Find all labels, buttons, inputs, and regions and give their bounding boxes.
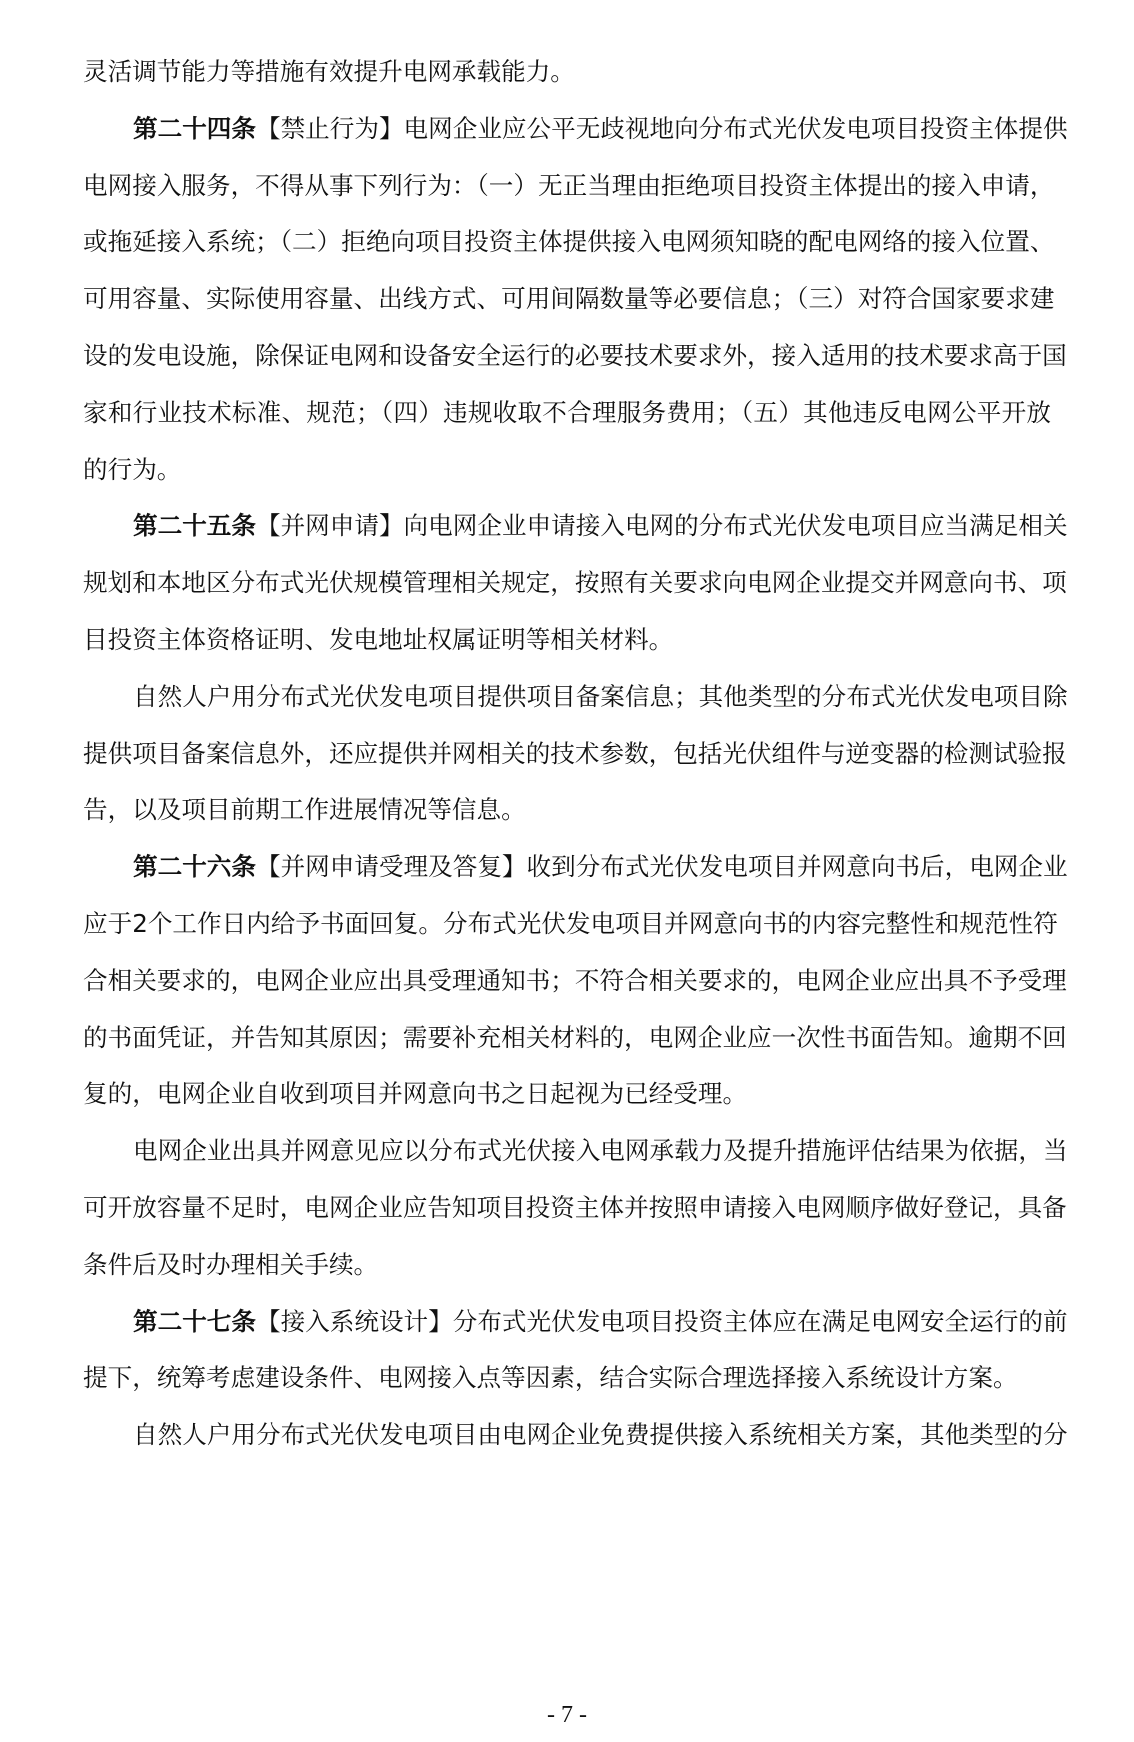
article-heading-line: 第二十六条【并网申请受理及答复】收到分布式光伏发电项目并网意向书后，电网企业: [83, 847, 1051, 904]
paragraph-start-line: 电网企业出具并网意见应以分布式光伏接入电网承载力及提升措施评估结果为依据，当: [83, 1131, 1051, 1188]
text-line: 设的发电设施，除保证电网和设备安全运行的必要技术要求外，接入适用的技术要求高于国: [83, 336, 1051, 393]
line-text: 电网接入服务，不得从事下列行为：（一）无正当理由拒绝项目投资主体提出的接入申请，: [83, 171, 1054, 200]
line-text: 【禁止行为】电网企业应公平无歧视地向分布式光伏发电项目投资主体提供: [256, 114, 1068, 143]
text-line: 规划和本地区分布式光伏规模管理相关规定，按照有关要求向电网企业提交并网意向书、项: [83, 563, 1051, 620]
text-line: 告，以及项目前期工作进展情况等信息。: [83, 790, 1051, 847]
text-line: 应于2个工作日内给予书面回复。分布式光伏发电项目并网意向书的内容完整性和规范性符: [83, 904, 1051, 961]
line-text: 电网企业出具并网意见应以分布式光伏接入电网承载力及提升措施评估结果为依据，当: [133, 1136, 1068, 1165]
line-text: 复的，电网企业自收到项目并网意向书之日起视为已经受理。: [83, 1079, 747, 1108]
line-text: 规划和本地区分布式光伏规模管理相关规定，按照有关要求向电网企业提交并网意向书、项: [83, 568, 1067, 597]
text-line: 家和行业技术标准、规范；（四）违规收取不合理服务费用；（五）其他违反电网公平开放: [83, 393, 1051, 450]
line-text: 提供项目备案信息外，还应提供并网相关的技术参数，包括光伏组件与逆变器的检测试验报: [83, 739, 1067, 768]
text-line: 或拖延接入系统；（二）拒绝向项目投资主体提供接入电网须知晓的配电网络的接入位置、: [83, 222, 1051, 279]
text-line: 复的，电网企业自收到项目并网意向书之日起视为已经受理。: [83, 1074, 1051, 1131]
article-number: 第二十四条: [133, 114, 256, 143]
line-text: 【并网申请】向电网企业申请接入电网的分布式光伏发电项目应当满足相关: [256, 511, 1068, 540]
line-text: 设的发电设施，除保证电网和设备安全运行的必要技术要求外，接入适用的技术要求高于国: [83, 341, 1067, 370]
line-text: 自然人户用分布式光伏发电项目由电网企业免费提供接入系统相关方案，其他类型的分: [133, 1420, 1068, 1449]
article-heading-line: 第二十七条【接入系统设计】分布式光伏发电项目投资主体应在满足电网安全运行的前: [83, 1302, 1051, 1359]
line-text: 告，以及项目前期工作进展情况等信息。: [83, 795, 526, 824]
line-text: 可用容量、实际使用容量、出线方式、可用间隔数量等必要信息；（三）对符合国家要求建: [83, 284, 1054, 313]
page-number: - 7 -: [0, 1702, 1134, 1729]
line-text: 【接入系统设计】分布式光伏发电项目投资主体应在满足电网安全运行的前: [256, 1307, 1068, 1336]
line-text: 提下，统筹考虑建设条件、电网接入点等因素，结合实际合理选择接入系统设计方案。: [83, 1363, 1018, 1392]
line-text: 灵活调节能力等措施有效提升电网承载能力。: [83, 57, 575, 86]
line-text: 应于2个工作日内给予书面回复。分布式光伏发电项目并网意向书的内容完整性和规范性符: [83, 909, 1058, 938]
text-line: 可开放容量不足时，电网企业应告知项目投资主体并按照申请接入电网顺序做好登记，具备: [83, 1188, 1051, 1245]
text-line: 的行为。: [83, 450, 1051, 507]
line-text: 自然人户用分布式光伏发电项目提供项目备案信息；其他类型的分布式光伏发电项目除: [133, 682, 1068, 711]
line-text: 条件后及时办理相关手续。: [83, 1250, 378, 1279]
line-text: 或拖延接入系统；（二）拒绝向项目投资主体提供接入电网须知晓的配电网络的接入位置、: [83, 227, 1054, 256]
article-number: 第二十七条: [133, 1307, 256, 1336]
text-line: 条件后及时办理相关手续。: [83, 1245, 1051, 1302]
text-line: 目投资主体资格证明、发电地址权属证明等相关材料。: [83, 620, 1051, 677]
text-line: 电网接入服务，不得从事下列行为：（一）无正当理由拒绝项目投资主体提出的接入申请，: [83, 166, 1051, 223]
article-number: 第二十六条: [133, 852, 256, 881]
article-heading-line: 第二十四条【禁止行为】电网企业应公平无歧视地向分布式光伏发电项目投资主体提供: [83, 109, 1051, 166]
paragraph-start-line: 自然人户用分布式光伏发电项目提供项目备案信息；其他类型的分布式光伏发电项目除: [83, 677, 1051, 734]
article-number: 第二十五条: [133, 511, 256, 540]
text-line: 可用容量、实际使用容量、出线方式、可用间隔数量等必要信息；（三）对符合国家要求建: [83, 279, 1051, 336]
line-text: 【并网申请受理及答复】收到分布式光伏发电项目并网意向书后，电网企业: [256, 852, 1068, 881]
text-line: 灵活调节能力等措施有效提升电网承载能力。: [83, 52, 1051, 109]
document-page: 灵活调节能力等措施有效提升电网承载能力。 第二十四条【禁止行为】电网企业应公平无…: [83, 52, 1051, 1472]
article-heading-line: 第二十五条【并网申请】向电网企业申请接入电网的分布式光伏发电项目应当满足相关: [83, 506, 1051, 563]
text-line: 合相关要求的，电网企业应出具受理通知书；不符合相关要求的，电网企业应出具不予受理: [83, 961, 1051, 1018]
line-text: 合相关要求的，电网企业应出具受理通知书；不符合相关要求的，电网企业应出具不予受理: [83, 966, 1067, 995]
text-line: 提供项目备案信息外，还应提供并网相关的技术参数，包括光伏组件与逆变器的检测试验报: [83, 734, 1051, 791]
paragraph-start-line: 自然人户用分布式光伏发电项目由电网企业免费提供接入系统相关方案，其他类型的分: [83, 1415, 1051, 1472]
line-text: 家和行业技术标准、规范；（四）违规收取不合理服务费用；（五）其他违反电网公平开放: [83, 398, 1051, 427]
text-line: 的书面凭证，并告知其原因；需要补充相关材料的，电网企业应一次性书面告知。逾期不回: [83, 1018, 1051, 1075]
text-line: 提下，统筹考虑建设条件、电网接入点等因素，结合实际合理选择接入系统设计方案。: [83, 1358, 1051, 1415]
line-text: 可开放容量不足时，电网企业应告知项目投资主体并按照申请接入电网顺序做好登记，具备: [83, 1193, 1067, 1222]
line-text: 目投资主体资格证明、发电地址权属证明等相关材料。: [83, 625, 673, 654]
line-text: 的行为。: [83, 455, 181, 484]
line-text: 的书面凭证，并告知其原因；需要补充相关材料的，电网企业应一次性书面告知。逾期不回: [83, 1023, 1067, 1052]
